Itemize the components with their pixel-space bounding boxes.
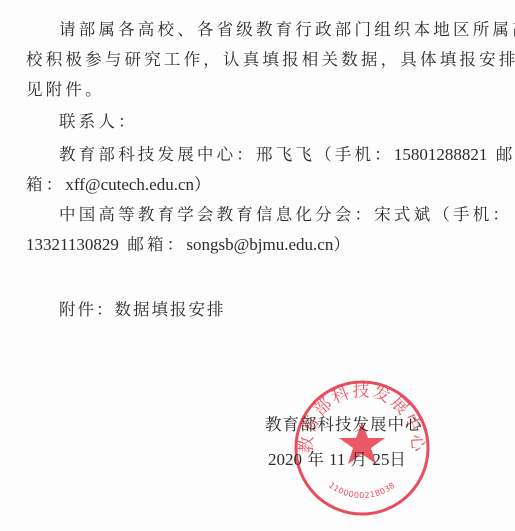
contact1-line1: 教育部科技发展中心：邢飞飞（手机：15801288821 邮 bbox=[59, 145, 515, 165]
svg-text:1100000218038: 1100000218038 bbox=[327, 481, 397, 501]
date-day-unit: 日 bbox=[389, 450, 406, 469]
contact1-email-label-start: 邮 bbox=[487, 145, 515, 164]
paragraph1-line2: 校积极参与研究工作，认真填报相关数据，具体填报安排详 bbox=[26, 50, 515, 70]
contact1-email: xff@cutech.edu.cn bbox=[65, 175, 194, 194]
date-year-unit: 年 bbox=[307, 450, 324, 469]
contact2-email-label: 邮箱： bbox=[119, 235, 187, 254]
date-day: 25 bbox=[372, 450, 389, 469]
date-month-unit: 月 bbox=[351, 450, 368, 469]
contacts-label: 联系人： bbox=[59, 112, 138, 132]
paragraph1-line3: 见附件。 bbox=[26, 80, 105, 100]
contact1-line2: 箱：xff@cutech.edu.cn） bbox=[26, 175, 214, 195]
contact2-line2: 13321130829 邮箱：songsb@bjmu.edu.cn） bbox=[26, 235, 353, 255]
contact2-line1: 中国高等教育学会教育信息化分会：宋式斌（手机： bbox=[59, 205, 512, 225]
contact1-phone: 15801288821 bbox=[394, 145, 488, 164]
contact1-close-paren: ） bbox=[194, 175, 214, 194]
official-seal-stamp: 教育部科技发展中心 1100000218038 bbox=[292, 378, 432, 518]
stamp-number: 1100000218038 bbox=[327, 481, 397, 501]
paragraph1-line1: 请部属各高校、各省级教育行政部门组织本地区所属高 bbox=[59, 20, 515, 40]
signature-date: 2020 年 11 月 25日 bbox=[268, 450, 406, 470]
contact2-email: songsb@bjmu.edu.cn bbox=[186, 235, 333, 254]
attachment-line: 附件：数据填报安排 bbox=[59, 300, 226, 320]
contact1-name: 教育部科技发展中心：邢飞飞（手机： bbox=[59, 145, 394, 164]
contact1-email-label: 箱： bbox=[26, 175, 65, 194]
contact2-close-paren: ） bbox=[333, 235, 353, 254]
signature-org: 教育部科技发展中心 bbox=[265, 415, 423, 435]
date-month: 11 bbox=[329, 450, 345, 469]
contact2-phone: 13321130829 bbox=[26, 235, 119, 254]
date-year: 2020 bbox=[268, 450, 302, 469]
